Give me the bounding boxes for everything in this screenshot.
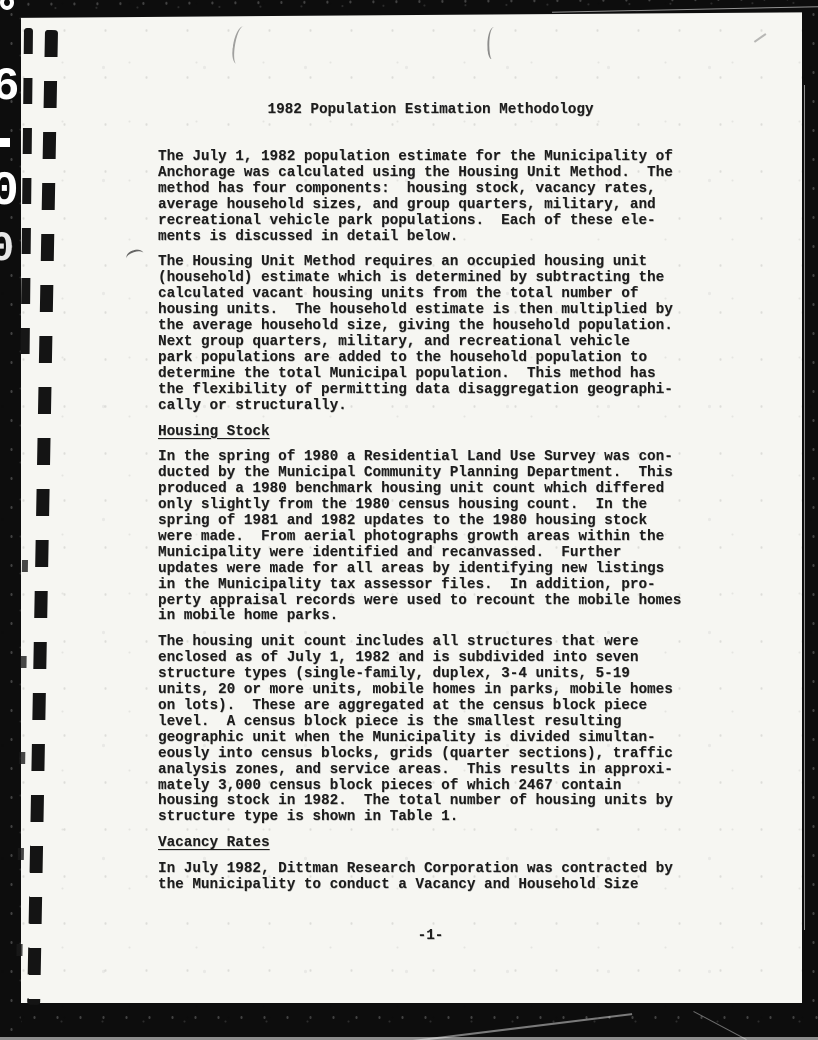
binding-holes-column	[27, 30, 58, 1005]
scan-smudge	[125, 248, 146, 265]
scan-smudge	[486, 27, 500, 60]
section-heading-vacancy-rates: Vacancy Rates	[158, 836, 681, 852]
scan-smudge	[754, 33, 772, 51]
paragraph-method-overview: The Housing Unit Method requires an occu…	[158, 255, 681, 414]
section-heading-housing-stock: Housing Stock	[158, 425, 681, 441]
scan-edge-right	[802, 0, 818, 1040]
film-edge-dash	[0, 138, 10, 147]
film-edge-glyph: 6	[0, 64, 20, 110]
scan-smudge	[231, 25, 250, 64]
binding-holes-column	[21, 28, 33, 362]
film-edge-glyph: 0	[0, 168, 19, 216]
paragraph-intro: The July 1, 1982 population estimate for…	[158, 150, 681, 245]
scanned-document-page: 6 0 0 1982 Population Estimation Methodo…	[0, 0, 818, 1040]
paragraph-housing-stock-2: The housing unit count includes all stru…	[158, 635, 681, 826]
film-hole-icon	[0, 0, 14, 10]
paragraph-vacancy-rates: In July 1982, Dittman Research Corporati…	[158, 862, 681, 894]
document-body: The July 1, 1982 population estimate for…	[158, 150, 681, 904]
document-title: 1982 Population Estimation Methodology	[158, 103, 703, 119]
page-number: -1-	[158, 929, 703, 945]
scan-edge-bottom	[0, 1003, 818, 1040]
film-edge-glyph: 0	[0, 228, 14, 270]
paragraph-housing-stock-1: In the spring of 1980 a Residential Land…	[158, 450, 681, 625]
